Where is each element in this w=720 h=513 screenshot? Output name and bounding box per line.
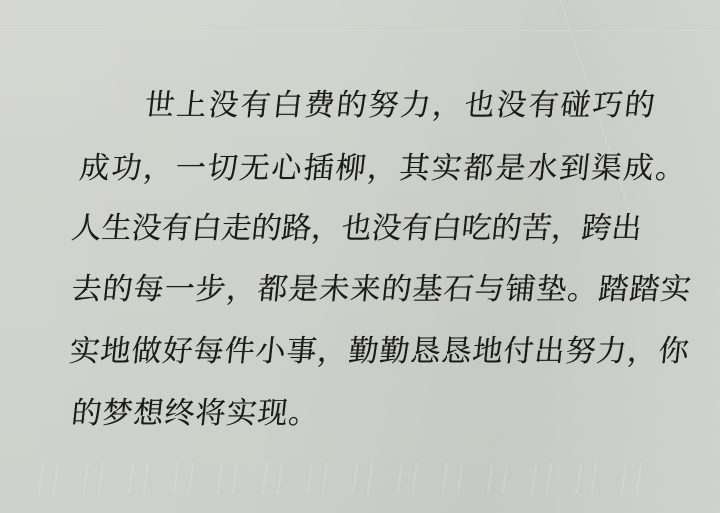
handwriting-line-4: 去的每一步，都是未来的基石与铺垫。踏踏实 xyxy=(70,264,695,308)
handwriting-line-6: 的梦想终将实现。 xyxy=(70,388,323,432)
handwritten-passage: 世上没有白费的努力，也没有碰巧的 成功，一切无心插柳，其实都是水到渠成。 人生没… xyxy=(0,0,720,513)
handwriting-line-2: 成功，一切无心插柳，其实都是水到渠成。 xyxy=(78,143,691,187)
handwriting-line-1: 世上没有白费的努力，也没有碰巧的 xyxy=(143,80,660,124)
handwriting-line-5: 实地做好每件小事，勤勤恳恳地付出努力，你 xyxy=(68,326,693,370)
handwriting-line-3: 人生没有白走的路，也没有白吃的苦，跨出 xyxy=(70,203,645,247)
